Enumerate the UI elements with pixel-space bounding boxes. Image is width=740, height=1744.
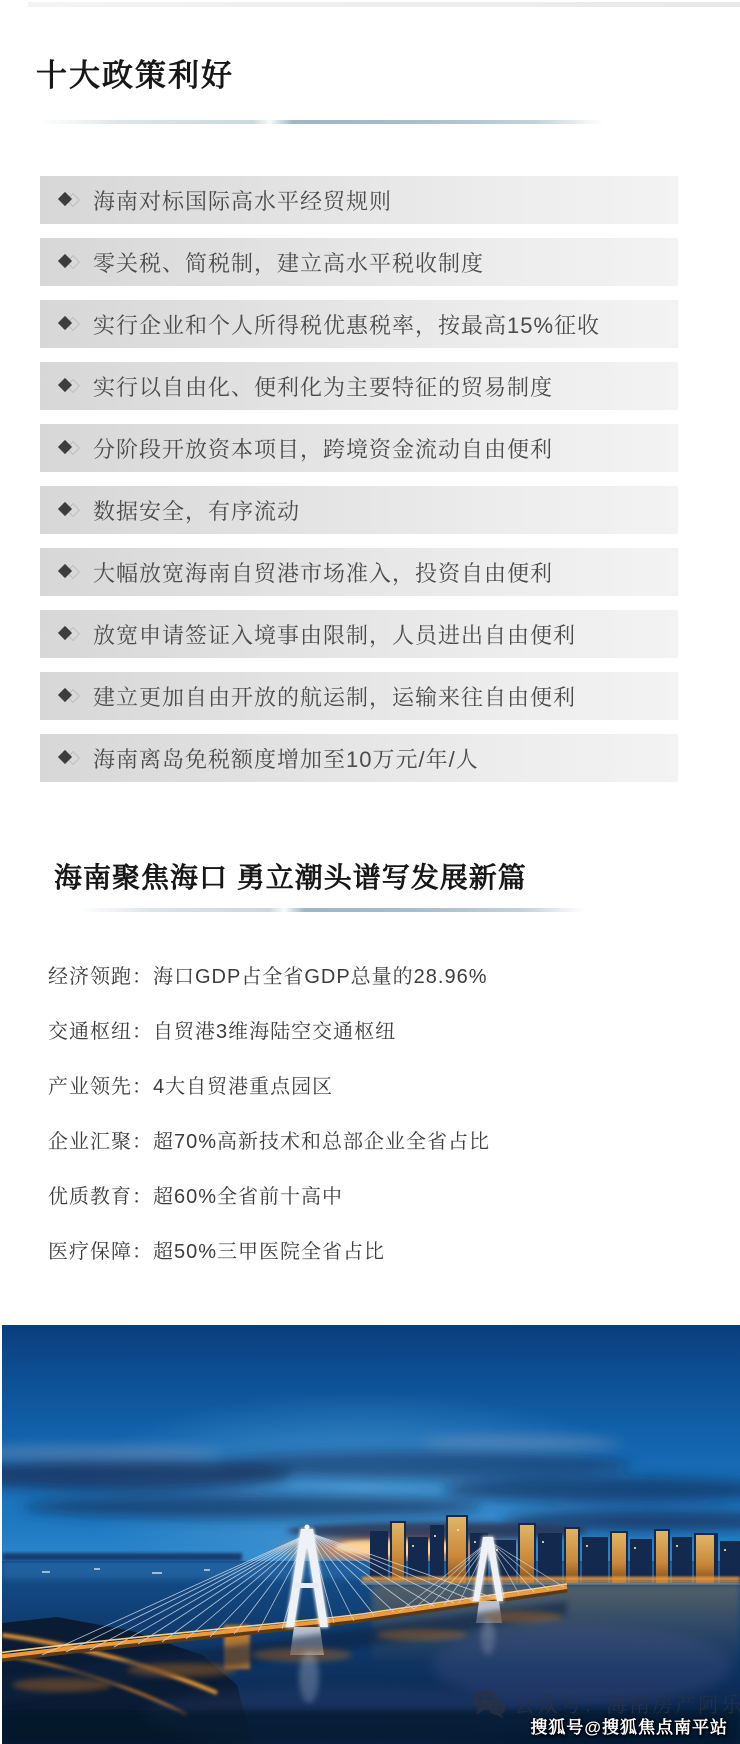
fact-value: 超70%高新技术和总部企业全省占比 [153, 1131, 490, 1153]
top-border-strip [28, 2, 740, 7]
policy-list-item: 建立更加自由开放的航运制，运输来往自由便利 [40, 672, 678, 720]
fact-value: 超50%三甲医院全省占比 [153, 1241, 385, 1263]
policy-item-text: 数据安全，有序流动 [93, 495, 300, 526]
diamond-bullet-icon [58, 563, 82, 581]
fact-row: 产业领先：4大自贸港重点园区 [48, 1072, 490, 1102]
policy-list-item: 大幅放宽海南自贸港市场准入，投资自由便利 [40, 548, 678, 596]
policy-list-item: 放宽申请签证入境事由限制，人员进出自由便利 [40, 610, 678, 658]
policy-list-item: 海南离岛免税额度增加至10万元/年/人 [40, 734, 678, 782]
fact-row: 企业汇聚：超70%高新技术和总部企业全省占比 [48, 1127, 490, 1157]
diamond-bullet-icon [58, 253, 82, 271]
fact-value: 超60%全省前十高中 [153, 1186, 343, 1208]
policy-item-text: 放宽申请签证入境事由限制，人员进出自由便利 [93, 619, 576, 650]
diamond-bullet-icon [58, 439, 82, 457]
policy-list-item: 数据安全，有序流动 [40, 486, 678, 534]
fact-row: 优质教育：超60%全省前十高中 [48, 1182, 490, 1212]
wechat-icon [472, 1689, 506, 1719]
fact-label: 医疗保障： [48, 1241, 153, 1263]
fact-label: 产业领先： [48, 1076, 153, 1098]
diamond-bullet-icon [58, 625, 82, 643]
policy-list-item: 海南对标国际高水平经贸规则 [40, 176, 678, 224]
policy-item-text: 零关税、简税制，建立高水平税收制度 [93, 247, 484, 278]
policy-item-text: 建立更加自由开放的航运制，运输来往自由便利 [93, 681, 576, 712]
diamond-bullet-icon [58, 191, 82, 209]
diamond-bullet-icon [58, 501, 82, 519]
section-title-haikou: 海南聚焦海口 勇立潮头谱写发展新篇 [54, 856, 527, 896]
fact-label: 企业汇聚： [48, 1131, 153, 1153]
fact-row: 交通枢纽：自贸港3维海陆空交通枢纽 [48, 1017, 490, 1047]
fact-value: 自贸港3维海陆空交通枢纽 [153, 1021, 396, 1043]
title-underline-brush [38, 120, 604, 124]
section-title-policies: 十大政策利好 [36, 50, 234, 95]
policy-list-item: 实行企业和个人所得税优惠税率，按最高15%征收 [40, 300, 678, 348]
fact-value: 海口GDP占全省GDP总量的28.96% [153, 966, 488, 988]
diamond-bullet-icon [58, 315, 82, 333]
policy-list-item: 零关税、简税制，建立高水平税收制度 [40, 238, 678, 286]
diamond-bullet-icon [58, 749, 82, 767]
policy-item-text: 分阶段开放资本项目，跨境资金流动自由便利 [93, 433, 553, 464]
policy-item-text: 实行以自由化、便利化为主要特征的贸易制度 [93, 371, 553, 402]
diamond-bullet-icon [58, 687, 82, 705]
policy-item-text: 海南离岛免税额度增加至10万元/年/人 [93, 743, 479, 774]
haikou-fact-list: 经济领跑：海口GDP占全省GDP总量的28.96% 交通枢纽：自贸港3维海陆空交… [48, 962, 490, 1292]
title-underline-brush [76, 908, 584, 912]
fact-row: 医疗保障：超50%三甲医院全省占比 [48, 1237, 490, 1267]
policy-item-text: 实行企业和个人所得税优惠税率，按最高15%征收 [93, 309, 600, 340]
policy-list-item: 实行以自由化、便利化为主要特征的贸易制度 [40, 362, 678, 410]
fact-value: 4大自贸港重点园区 [153, 1076, 333, 1098]
fact-row: 经济领跑：海口GDP占全省GDP总量的28.96% [48, 962, 490, 992]
haikou-bridge-night-photo[interactable]: 公众号：海南房产阿乐 搜狐号@搜狐焦点南平站 [2, 1325, 740, 1744]
fact-label: 经济领跑： [48, 966, 153, 988]
policy-list: 海南对标国际高水平经贸规则 零关税、简税制，建立高水平税收制度 实行企业和个人所… [40, 176, 678, 796]
sohu-watermark: 搜狐号@搜狐焦点南平站 [530, 1713, 728, 1738]
fact-label: 交通枢纽： [48, 1021, 153, 1043]
policy-item-text: 大幅放宽海南自贸港市场准入，投资自由便利 [93, 557, 553, 588]
fact-label: 优质教育： [48, 1186, 153, 1208]
policy-list-item: 分阶段开放资本项目，跨境资金流动自由便利 [40, 424, 678, 472]
bridge-scene-illustration [2, 1325, 740, 1744]
diamond-bullet-icon [58, 377, 82, 395]
policy-item-text: 海南对标国际高水平经贸规则 [93, 185, 392, 216]
